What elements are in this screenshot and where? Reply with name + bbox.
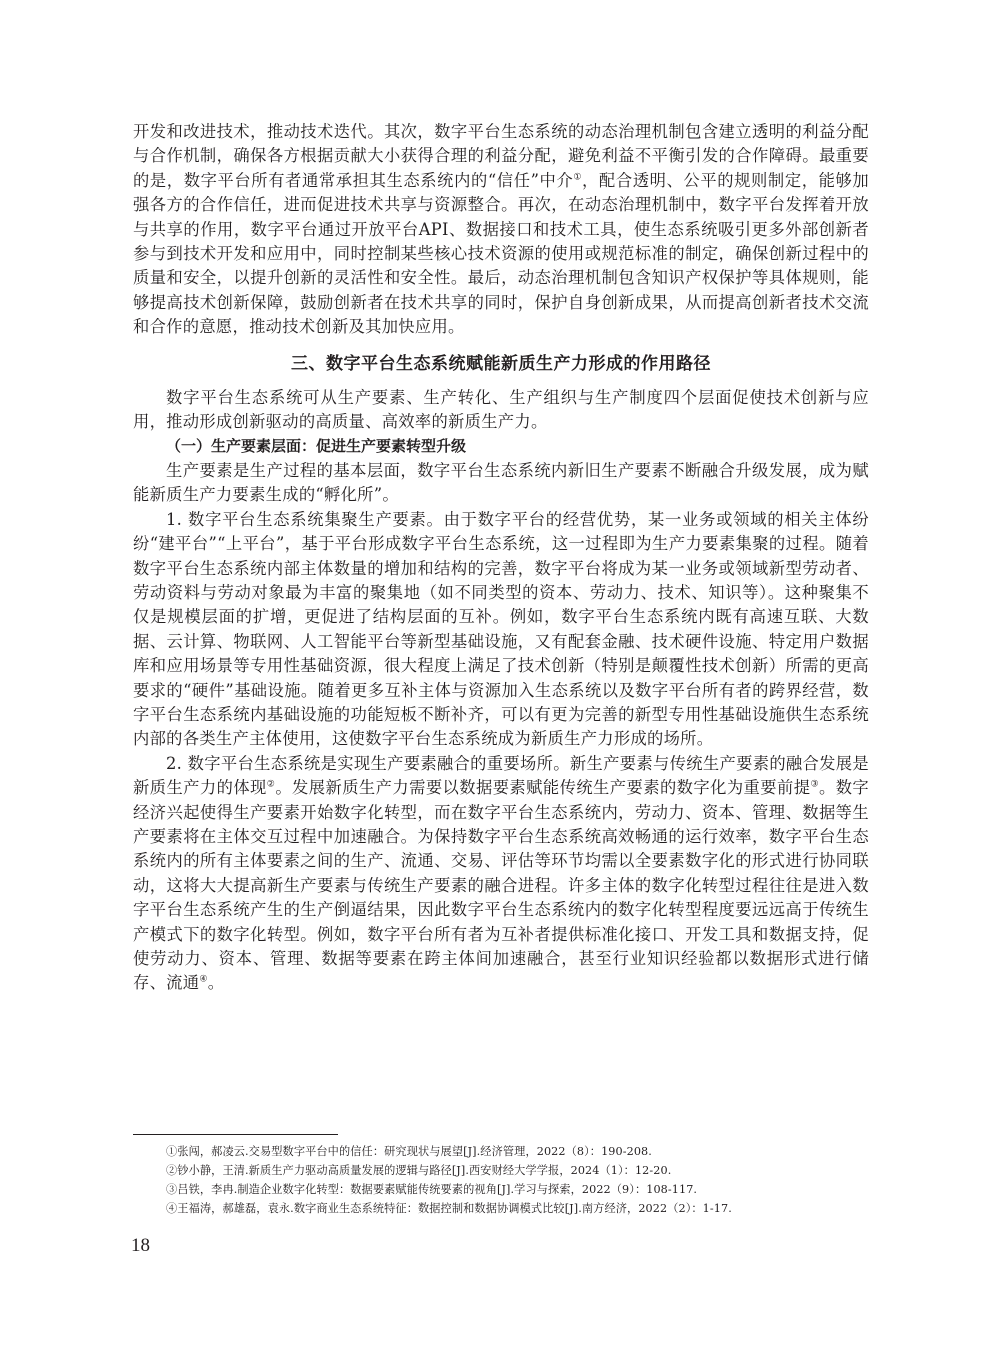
- footnote-mark-1[interactable]: ①: [573, 172, 582, 182]
- page-number: 18: [131, 1235, 150, 1257]
- footnote-4: ④王福涛，郝雄磊，袁永.数字商业生态系统特征：数据控制和数据协调模式比较[J].…: [166, 1199, 866, 1218]
- page-body: 开发和改进技术，推动技术迭代。其次，数字平台生态系统的动态治理机制包含建立透明的…: [133, 120, 869, 996]
- footnote-1: ①张闯，郝凌云.交易型数字平台中的信任：研究现状与展望[J].经济管理，2022…: [166, 1142, 866, 1161]
- paragraph-text: 。数字经济兴起使得生产要素开始数字化转型，而在数字平台生态系统内，劳动力、资本、…: [133, 778, 869, 992]
- footnote-mark-3[interactable]: ③: [810, 780, 819, 790]
- point-2-paragraph: 2. 数字平台生态系统是实现生产要素融合的重要场所。新生产要素与传统生产要素的融…: [133, 752, 869, 996]
- subsection-heading: （一）生产要素层面：促进生产要素转型升级: [133, 434, 869, 458]
- footnote-2: ②钞小静，王清.新质生产力驱动高质量发展的逻辑与路径[J].西安财经大学学报，2…: [166, 1161, 866, 1180]
- section-heading: 三、数字平台生态系统赋能新质生产力形成的作用路径: [133, 350, 869, 378]
- footnote-3: ③吕铁，李冉.制造企业数字化转型：数据要素赋能传统要素的视角[J].学习与探索，…: [166, 1180, 866, 1199]
- paragraph-text: 。: [208, 973, 225, 992]
- point-1-paragraph: 1. 数字平台生态系统集聚生产要素。由于数字平台的经营优势，某一业务或领域的相关…: [133, 508, 869, 752]
- footnote-mark-4[interactable]: ④: [199, 975, 207, 985]
- footnotes: ①张闯，郝凌云.交易型数字平台中的信任：研究现状与展望[J].经济管理，2022…: [166, 1142, 866, 1218]
- footnote-divider: [133, 1134, 338, 1135]
- subsection-intro: 生产要素是生产过程的基本层面，数字平台生态系统内新旧生产要素不断融合升级发展，成…: [133, 459, 869, 508]
- paragraph-text: 。发展新质生产力需要以数据要素赋能传统生产要素的数字化为重要前提: [275, 778, 810, 797]
- paragraph-text: ，配合透明、公平的规则制定，能够加强各方的合作信任，进而促进技术共享与资源整合。…: [133, 171, 869, 336]
- paragraph-governance: 开发和改进技术，推动技术迭代。其次，数字平台生态系统的动态治理机制包含建立透明的…: [133, 120, 869, 340]
- section-intro: 数字平台生态系统可从生产要素、生产转化、生产组织与生产制度四个层面促使技术创新与…: [133, 386, 869, 435]
